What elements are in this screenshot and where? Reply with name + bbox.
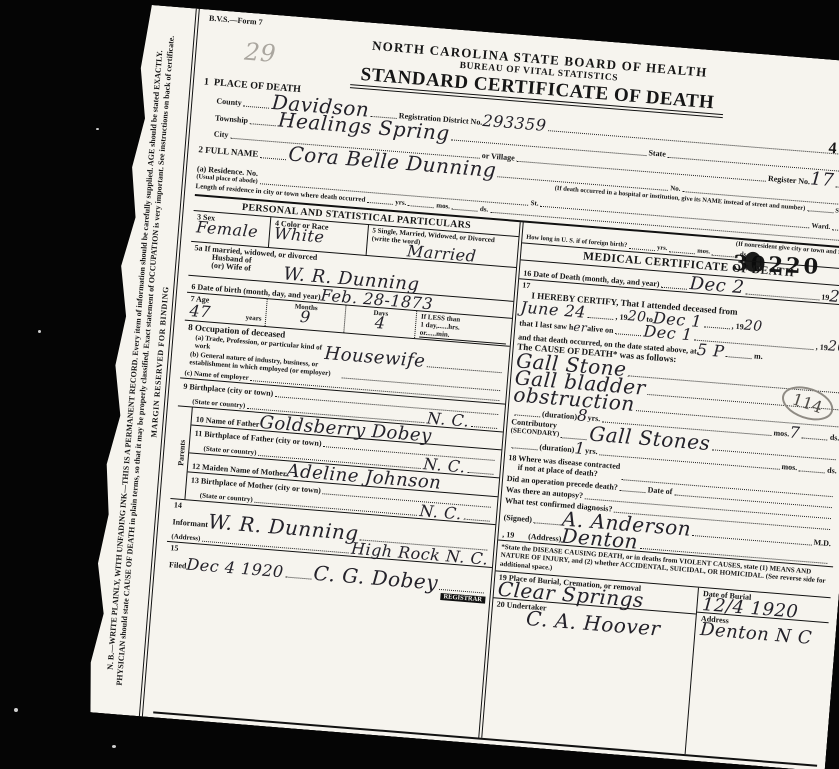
sex-cell: 3 Sex Female [191, 211, 271, 247]
dotted-line [629, 245, 655, 251]
last-saw-year: 20 [827, 341, 839, 353]
dotted-line [511, 444, 537, 450]
age-days-cell: Days 4 [344, 305, 418, 338]
personal-column: PERSONAL AND STATISTICAL PARTICULARS 3 S… [153, 196, 523, 737]
state-label: State [648, 148, 666, 158]
attended-to-year: 20 [743, 321, 763, 333]
certify-block: 17 I HEREBY CERTIFY, That I attended dec… [505, 279, 839, 477]
parents-label: Parents [176, 439, 187, 466]
attended-from-value: June 24 [520, 301, 586, 318]
yrs-label: yrs. [395, 199, 407, 208]
certificate-form: B.V.S.—Form 7 29 492 NORTH CAROLINA STAT… [139, 8, 839, 769]
last-saw-value: Dec 1 [643, 325, 693, 341]
dotted-line [587, 313, 613, 319]
st2-label: St. [530, 199, 539, 208]
register-no-value: 17 [810, 172, 835, 187]
mother-bp-value: N. C. [419, 505, 462, 520]
burial-left: 19 Place of Burial, Cremation, or remova… [482, 571, 700, 754]
dotted-line [408, 203, 434, 209]
yrs-label: yrs. [657, 245, 668, 254]
county-label: County [216, 96, 242, 107]
filed-label: Filed [169, 560, 187, 570]
printed-comma-19: , 19 [731, 321, 744, 331]
dotted-line [615, 330, 641, 336]
cause-code-wrap: 114 [780, 386, 835, 421]
mos-label: mos. [436, 202, 450, 211]
registrar-label: REGISTRAR [440, 593, 485, 604]
medical-column: (If nonresident give city or town and St… [482, 223, 839, 765]
burial-grid: 19 Place of Burial, Cremation, or remova… [482, 570, 831, 765]
no-label: No. [670, 184, 681, 193]
duration-ds-value: 7 [789, 426, 801, 439]
dotted-line [467, 469, 493, 475]
dotted-line [836, 183, 839, 189]
date-of-label: Date of [647, 485, 672, 496]
scan-speck [112, 745, 116, 748]
filed-row: 15 Filed Dec 4 1920 C. G. Dobey REGISTRA… [153, 542, 491, 738]
st-ward-label: St., Ward [835, 207, 839, 216]
dotted-line [620, 487, 646, 493]
burial-right: Date of Burial 12/4 1920 Address Denton … [686, 588, 830, 765]
birthplace-value: N. C. [426, 412, 469, 427]
full-name-num: 2 [198, 144, 203, 154]
sex-value: Female [196, 222, 266, 240]
undertaker-addr-value: Denton N C [700, 623, 824, 646]
ward2-label: Ward. [811, 222, 830, 231]
form-columns: PERSONAL AND STATISTICAL PARTICULARS 3 S… [153, 194, 839, 766]
yrs-label: yrs. [585, 446, 598, 456]
dotted-line [250, 120, 276, 126]
dotted-line [439, 586, 483, 594]
dotted-line [367, 199, 393, 205]
mos-label: mos. [773, 428, 789, 438]
pencil-annotation: 29 [244, 43, 277, 63]
dod-year-value: 20 [829, 290, 839, 304]
dotted-line [534, 519, 560, 525]
township-label: Township [215, 113, 249, 125]
signed-label: (Signed) [503, 512, 532, 523]
dotted-line [285, 573, 311, 579]
register-no-label: Register No. [768, 173, 811, 185]
scan-speck [96, 128, 99, 130]
ds-label: ds. [740, 251, 748, 259]
certificate-serial: 492 [828, 140, 839, 160]
informant-label: Informant [172, 517, 208, 529]
time-value: 5 P [696, 343, 724, 357]
dotted-line [463, 515, 489, 521]
scan-speck [38, 330, 41, 333]
certificate-paper: N. B.—WRITE PLAINLY, WITH UNFADING INK—T… [83, 4, 839, 769]
ds-label: ds. [827, 466, 837, 476]
ds-label: ds. [480, 205, 489, 214]
alive-label: alive on [587, 323, 614, 334]
dotted-line [661, 283, 687, 289]
dotted-line [799, 467, 825, 473]
m-label: m. [754, 351, 763, 361]
years-label: years [245, 313, 262, 322]
printed-comma-19: , 19 [816, 342, 829, 352]
dotted-line [704, 323, 730, 329]
mos-label: mos. [781, 462, 797, 472]
dotted-line [514, 411, 540, 417]
dotted-line [669, 248, 695, 254]
dotted-line [471, 423, 497, 429]
dotted-line [832, 227, 839, 233]
dotted-line [712, 252, 738, 258]
dotted-line [802, 434, 828, 440]
sig-19-label: , 19 [502, 529, 515, 539]
dotted-line [452, 206, 478, 212]
father-bp-sub: (State or country) [193, 444, 257, 457]
saw-hw: er [573, 322, 588, 332]
age-years-value: 47 [189, 305, 211, 319]
printed-comma-19: , 19 [615, 312, 628, 322]
scanned-death-certificate: { "margin": { "note": "N. B.—WRITE PLAIN… [0, 0, 839, 769]
dotted-line [243, 103, 269, 109]
ds-label: ds. [830, 432, 839, 442]
dotted-line [807, 207, 833, 213]
mos-label: mos. [697, 248, 710, 257]
scan-speck [14, 708, 18, 712]
contributory-label: Contributory (SECONDARY) [510, 418, 560, 439]
informant-addr-label: (Address) [171, 532, 201, 542]
dotted-line [260, 154, 286, 160]
city-label: City [214, 129, 229, 139]
md-label: M.D. [813, 537, 831, 547]
